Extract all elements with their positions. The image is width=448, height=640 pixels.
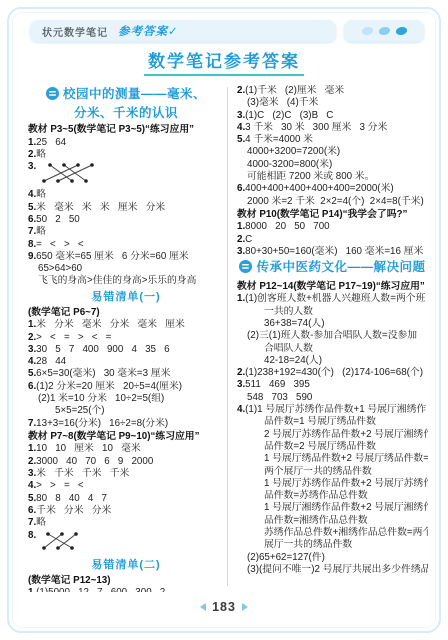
item-number: 3. — [237, 246, 245, 257]
answer-line: 4000-3200=800(米) — [237, 159, 428, 171]
answer-line: 2.(1)238+192=430(个) (2)174-106=68(个) — [237, 367, 428, 379]
dot-icon — [361, 27, 374, 35]
answer-text: = < > < — [36, 239, 83, 250]
answer-line: 7.13+3=16(分米) 16÷2=8(分米) — [28, 418, 224, 430]
answer-text: 一共的人数 — [264, 306, 313, 317]
answer-line: 42-18=24(人) — [237, 355, 428, 367]
answer-text: (1)千米 (2)厘米 毫米 — [245, 85, 344, 96]
answer-text: 略 — [36, 226, 46, 237]
section-header-line: 传承中医药文化——解决问题 — [237, 259, 428, 278]
section-header: 传承中医药文化——解决问题 — [237, 259, 428, 278]
answer-line: 548 703 590 — [237, 392, 428, 404]
item-number: 4. — [28, 480, 36, 491]
matching-lines-diagram — [40, 530, 86, 556]
answer-line: 1.(1)创客班人数+机器人兴趣班人数=两个班 — [237, 293, 428, 305]
answer-text: 80 8 40 4 7 — [36, 493, 107, 504]
item-number: 4. — [237, 404, 245, 415]
answer-line: 1 号展厅绣品件数+2 号展厅绣品件数= — [237, 453, 428, 465]
answer-text: 5×5=25(个) — [55, 405, 105, 416]
page-number: 183 — [212, 600, 236, 614]
answer-line: 2 号展厅苏绣作品件数+2 号展厅湘绣作 — [237, 429, 428, 441]
left-arrow-icon[interactable] — [200, 603, 206, 611]
item-number: 3. — [237, 110, 245, 121]
section-title-text: 分米、千米的认识 — [74, 106, 178, 120]
answer-text: 42-18=24(人) — [264, 355, 322, 366]
answer-text: 400+400+400+400+400=2000(米) — [245, 183, 393, 194]
header-dots-pill — [344, 20, 424, 42]
answer-line: 6.(1)2 分米=20 厘米 20÷5=4(厘米) — [28, 381, 224, 393]
brand-answers-script: 参考答案✓ — [118, 23, 179, 39]
answer-line: 合唱队人数 — [237, 343, 428, 355]
item-number: 3. — [237, 379, 245, 390]
error-list-header: 易错清单(一) — [28, 289, 224, 305]
answer-text: 略 — [36, 189, 46, 200]
answer-line: 3.80+30+50=160(毫米) 160 毫米=16 厘米 — [237, 246, 428, 258]
answer-line: (2)三(1)班人数-参加合唱队人数=没参加 — [237, 330, 428, 342]
error-list-header: 易错清单(二) — [28, 557, 224, 573]
page-title: 数学笔记参考答案 — [144, 47, 304, 76]
answer-line: 2.3000 40 70 6 9 2000 — [28, 456, 224, 468]
item-number: 4. — [28, 189, 36, 200]
answer-line: 6.400+400+400+400+400=2000(米) — [237, 183, 428, 195]
answer-text: 米 毫米 米 米 厘米 分米 — [36, 202, 165, 213]
answer-text: (1)5000 12 7 600 300 2 — [36, 587, 165, 592]
answer-text: 略 — [36, 517, 46, 528]
answer-text: 511 469 395 — [245, 379, 310, 390]
answer-line: 1 号展厅湘绣作品件数+2 号展厅湘绣作 — [237, 502, 428, 514]
answer-line: 3.米 千米 千米 千米 — [28, 468, 224, 480]
answer-line: 1.8000 20 50 700 — [237, 221, 428, 233]
material-subhead: 教材 P10(数学笔记 P14)“我学会了吗?” — [237, 208, 428, 222]
brand-name: 状元数学笔记 — [42, 24, 108, 39]
answer-line: 2.略 — [28, 149, 224, 161]
answer-line: 8.= < > < — [28, 239, 224, 251]
answer-text: (2)1 米=10 分米 10÷2=5(组) — [38, 393, 164, 404]
answer-text: 品件数=2 号展厅绣品件数 — [264, 441, 376, 452]
answer-line: 1.10 10 厘米 10 毫米 — [28, 443, 224, 455]
section-header-line: 分米、千米的认识 — [28, 105, 224, 122]
item-number: 1. — [237, 221, 245, 232]
answer-line: 品件数=湘绣作品总件数 — [237, 515, 428, 527]
answer-text: 8000 20 50 700 — [245, 221, 329, 232]
answer-text: 3000 40 70 6 9 2000 — [36, 456, 153, 467]
answer-text: 两个展厅一共的绣品件数 — [264, 466, 372, 477]
answer-text: 米 分米 毫米 分米 毫米 厘米 — [36, 319, 185, 330]
matching-lines-diagram — [40, 161, 104, 189]
answer-text: 千米 分米 分米 — [36, 505, 111, 516]
answer-line: 一共的人数 — [237, 306, 428, 318]
answer-text: 28 44 — [36, 356, 66, 367]
answer-text: 10 10 厘米 10 毫米 — [36, 443, 141, 454]
answer-line: 展厅一共的绣品件数 — [237, 539, 428, 551]
answer-line: 1.25 64 — [28, 137, 224, 149]
answer-text: 品件数=湘绣作品总件数 — [264, 515, 368, 526]
material-subhead: 教材 P12~14(数学笔记 P17~19)“练习应用” — [237, 280, 428, 294]
answer-line: 飞飞的身高>佳佳的身高>乐乐的身高 — [28, 275, 224, 287]
answer-line: 4.> > = < — [28, 480, 224, 492]
item-number: 7. — [28, 226, 36, 237]
item-number: 2. — [28, 332, 36, 343]
item-number: 1. — [237, 293, 245, 304]
answer-line: 3.30 5 7 400 900 4 35 6 — [28, 344, 224, 356]
answer-text: > < = > < = — [36, 332, 111, 343]
item-number: 5. — [28, 202, 36, 213]
answer-text: (3)(提问不唯一)2 号展厅共展出多少件绣品? — [247, 564, 428, 575]
title-row: 数学笔记参考答案 — [0, 47, 448, 76]
answer-text: 4000+3200=7200(米) — [247, 146, 340, 157]
column-divider — [227, 87, 228, 586]
item-number: 6. — [237, 183, 245, 194]
item-number: 4. — [28, 356, 36, 367]
item-number: 2. — [28, 456, 36, 467]
answer-line: 1.(1)5000 12 7 600 300 2 — [28, 587, 224, 592]
answer-text: 米 千米 千米 千米 — [36, 468, 129, 479]
item-number: 3. — [28, 161, 36, 172]
answer-line: (2)65+62=127(件) — [237, 552, 428, 564]
item-number: 1. — [28, 137, 36, 148]
answer-line: 2000 米=2 千米 2×2=4(个) 2×4=8(千米) — [237, 196, 428, 208]
answer-text: 展厅一共的绣品件数 — [264, 539, 352, 550]
answer-line: 2.(1)千米 (2)厘米 毫米 — [237, 85, 428, 97]
answer-text: 品件数=苏绣作品总件数 — [264, 490, 368, 501]
header-brand-pill: 状元数学笔记 参考答案✓ — [30, 20, 336, 42]
answer-text: 2 号展厅苏绣作品件数+2 号展厅湘绣作 — [264, 429, 428, 440]
answer-text: (1)创客班人数+机器人兴趣班人数=两个班 — [245, 293, 425, 304]
item-number: 5. — [237, 134, 245, 145]
answer-line: 品件数=苏绣作品总件数 — [237, 490, 428, 502]
item-number: 8. — [28, 530, 36, 541]
answer-line: 品件数=2 号展厅绣品件数 — [237, 441, 428, 453]
answer-line: 6.50 2 50 — [28, 214, 224, 226]
answer-text: 4 千米=4000 米 — [245, 134, 313, 145]
material-subhead: 教材 P3~5(数学笔记 P3~5)“练习应用” — [28, 123, 224, 137]
answer-key-page: 状元数学笔记 参考答案✓ 数学笔记参考答案 校园中的测量——毫米、分米、千米的认… — [0, 0, 448, 640]
section-header-line: 校园中的测量——毫米、 — [28, 86, 224, 105]
item-number: 6. — [28, 214, 36, 225]
answer-line: (3)(提问不唯一)2 号展厅共展出多少件绣品? — [237, 564, 428, 576]
answer-text: (1)2 分米=20 厘米 20÷5=4(厘米) — [36, 381, 182, 392]
item-number: 2. — [28, 149, 36, 160]
section-title-text: 校园中的测量——毫米、 — [63, 87, 206, 101]
answer-line: 5.米 毫米 米 米 厘米 分米 — [28, 202, 224, 214]
item-number: 7. — [28, 418, 36, 429]
answer-line: 5.6×5=30(毫米) 30 毫米=3 厘米 — [28, 368, 224, 380]
answer-text: 25 64 — [36, 137, 66, 148]
answer-line: 1 号展厅苏绣作品件数+2 号展厅苏绣作 — [237, 478, 428, 490]
answer-line: 9.650 毫米=65 厘米 6 分米=60 厘米 — [28, 251, 224, 263]
answer-line: 3.(1)C (2)C (3)B C — [237, 110, 428, 122]
material-subhead: (数学笔记 P6~7) — [28, 306, 224, 320]
answer-line: (2)1 米=10 分米 10÷2=5(组) — [28, 393, 224, 405]
answer-line: 4.(1)1 号展厅苏绣作品件数+1 号展厅湘绣作 — [237, 404, 428, 416]
item-number: 1. — [28, 587, 36, 592]
answer-text: > > = < — [36, 480, 83, 491]
answer-text: 36+38=74(人) — [264, 318, 324, 329]
answer-text: 548 703 590 — [247, 392, 312, 403]
answer-text: (2)65+62=127(件) — [247, 552, 325, 563]
item-number: 1. — [28, 319, 36, 330]
answer-line: 5.80 8 40 4 7 — [28, 493, 224, 505]
answer-text: 品件数=1 号展厅绣品件数 — [264, 416, 376, 427]
item-number: 9. — [28, 251, 36, 262]
answer-text: 650 毫米=65 厘米 6 分米=60 厘米 — [36, 251, 188, 262]
item-number: 7. — [28, 517, 36, 528]
answer-line: (3)毫米 (4)千米 — [237, 97, 428, 109]
page-footer: 183 — [0, 600, 448, 614]
answer-line: 3.511 469 395 — [237, 379, 428, 391]
answer-text: (3)毫米 (4)千米 — [247, 97, 318, 108]
left-column: 校园中的测量——毫米、分米、千米的认识教材 P3~5(数学笔记 P3~5)“练习… — [28, 85, 224, 592]
right-column: 2.(1)千米 (2)厘米 毫米(3)毫米 (4)千米3.(1)C (2)C (… — [233, 85, 428, 592]
answer-text: 4000-3200=800(米) — [247, 159, 332, 170]
material-subhead: (数学笔记 P12~13) — [28, 574, 224, 588]
answer-text: 30 5 7 400 900 4 35 6 — [36, 344, 169, 355]
answer-text: 1 号展厅苏绣作品件数+2 号展厅苏绣作 — [264, 478, 428, 489]
answer-line: 4.3 千米 30 米 300 厘米 3 分米 — [237, 122, 428, 134]
answer-line: 2.> < = > < = — [28, 332, 224, 344]
answer-line: 7.略 — [28, 226, 224, 238]
diagram-row: 8. — [28, 530, 224, 556]
answer-text: 1 号展厅绣品件数+2 号展厅绣品件数= — [264, 453, 428, 464]
answer-line: 可能相距 7200 米或 800 米。 — [237, 171, 428, 183]
answer-text: 13+3=16(分米) 16÷2=8(分米) — [36, 418, 168, 429]
answer-text: C — [245, 234, 252, 245]
answer-text: 飞飞的身高>佳佳的身高>乐乐的身高 — [38, 275, 196, 286]
answer-text: (1)1 号展厅苏绣作品件数+1 号展厅湘绣作 — [245, 404, 426, 415]
answer-text: 50 2 50 — [36, 214, 80, 225]
right-arrow-icon[interactable] — [242, 603, 248, 611]
answer-text: (2)三(1)班人数-参加合唱队人数=没参加 — [247, 330, 417, 341]
answer-text: 合唱队人数 — [264, 343, 313, 354]
answer-text: 80+30+50=160(毫米) 160 毫米=16 厘米 — [245, 246, 423, 257]
answer-text: 可能相距 7200 米或 800 米。 — [247, 171, 374, 182]
material-subhead: 教材 P7~8(数学笔记 P9~10)“练习应用” — [28, 430, 224, 444]
section-title-text: 传承中医药文化——解决问题 — [256, 260, 425, 274]
item-number: 6. — [28, 381, 36, 392]
answer-line: 65>64>60 — [28, 263, 224, 275]
answer-text: (1)C (2)C (3)B C — [245, 110, 333, 121]
answer-text: 苏绣作品总件数+湘绣作品总件数=两个 — [264, 527, 428, 538]
item-number: 1. — [28, 443, 36, 454]
page-header: 状元数学笔记 参考答案✓ — [30, 20, 424, 42]
dot-icon — [378, 27, 391, 35]
item-number: 3. — [28, 468, 36, 479]
answer-line: 4.28 44 — [28, 356, 224, 368]
answer-text: 略 — [36, 149, 46, 160]
answer-text: 65>64>60 — [38, 263, 82, 274]
section-header: 校园中的测量——毫米、分米、千米的认识 — [28, 86, 224, 121]
item-number: 5. — [28, 368, 36, 379]
answer-line: 2.C — [237, 234, 428, 246]
answer-line: 苏绣作品总件数+湘绣作品总件数=两个 — [237, 527, 428, 539]
dot-icon — [395, 27, 408, 35]
answer-line: 4000+3200=7200(米) — [237, 146, 428, 158]
answer-line: 6.千米 分米 分米 — [28, 505, 224, 517]
answer-line: 4.略 — [28, 189, 224, 201]
item-number: 5. — [28, 493, 36, 504]
answer-line: 两个展厅一共的绣品件数 — [237, 466, 428, 478]
item-number: 2. — [237, 85, 245, 96]
answer-line: 5.4 千米=4000 米 — [237, 134, 428, 146]
answer-line: 36+38=74(人) — [237, 318, 428, 330]
item-number: 4. — [237, 122, 245, 133]
answer-line: 1.米 分米 毫米 分米 毫米 厘米 — [28, 319, 224, 331]
content-columns: 校园中的测量——毫米、分米、千米的认识教材 P3~5(数学笔记 P3~5)“练习… — [28, 85, 428, 592]
answer-text: 1 号展厅湘绣作品件数+2 号展厅湘绣作 — [264, 502, 428, 513]
answer-text: 2000 米=2 千米 2×2=4(个) 2×4=8(千米) — [247, 196, 424, 207]
item-number: 6. — [28, 505, 36, 516]
circle-lines-badge-icon — [46, 87, 59, 105]
answer-text: 6×5=30(毫米) 30 毫米=3 厘米 — [36, 368, 170, 379]
answer-text: 3 千米 30 米 300 厘米 3 分米 — [245, 122, 387, 133]
answer-line: 7.略 — [28, 517, 224, 529]
answer-line: 品件数=1 号展厅绣品件数 — [237, 416, 428, 428]
circle-lines-badge-icon — [239, 260, 252, 278]
answer-text: (1)238+192=430(个) (2)174-106=68(个) — [245, 367, 423, 378]
diagram-row: 3. — [28, 161, 224, 189]
item-number: 2. — [237, 367, 245, 378]
item-number: 8. — [28, 239, 36, 250]
answer-line: 5×5=25(个) — [28, 405, 224, 417]
item-number: 2. — [237, 234, 245, 245]
item-number: 3. — [28, 344, 36, 355]
